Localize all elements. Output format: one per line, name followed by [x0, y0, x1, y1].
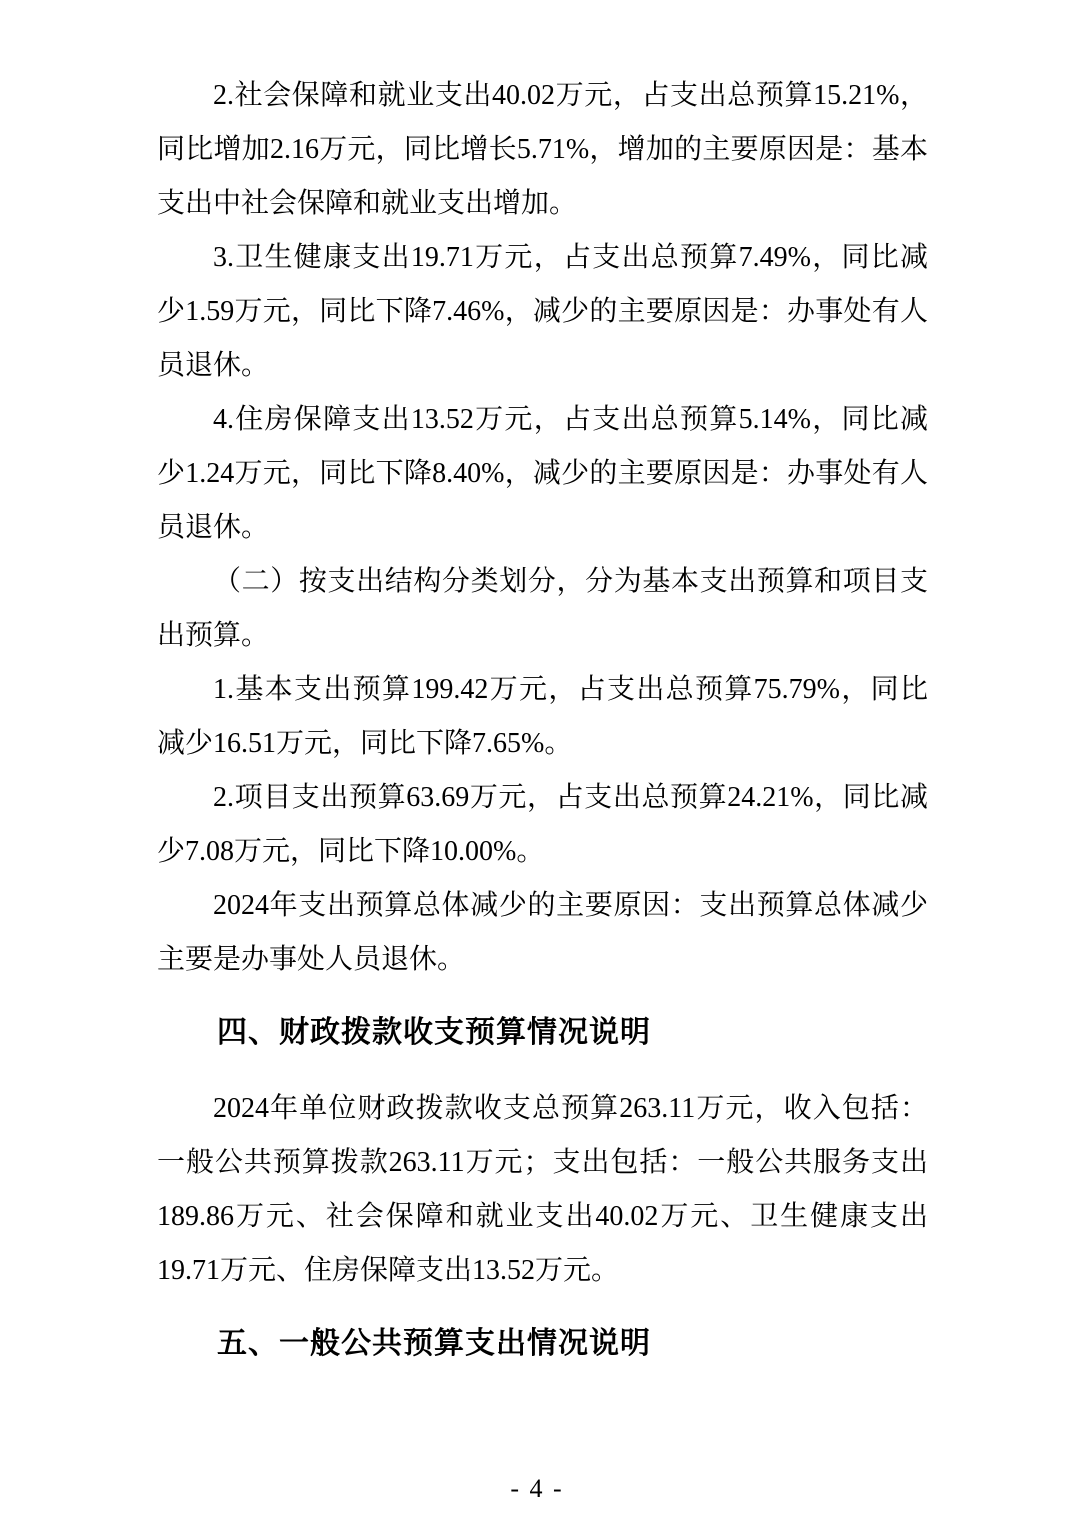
paragraph-overall-decrease-reason: 2024年支出预算总体减少的主要原因：支出预算总体减少主要是办事处人员退休。	[157, 879, 928, 987]
page-number: - 4 -	[510, 1474, 563, 1503]
document-body: 2.社会保障和就业支出40.02万元，占支出总预算15.21%，同比增加2.16…	[0, 0, 1074, 1364]
paragraph-basic-expenditure-budget: 1.基本支出预算199.42万元，占支出总预算75.79%，同比减少16.51万…	[157, 663, 928, 771]
heading-section-four-fiscal-appropriation: 四、财政拨款收支预算情况说明	[157, 1013, 928, 1053]
paragraph-health-expenditure: 3.卫生健康支出19.71万元，占支出总预算7.49%，同比减少1.59万元，同…	[157, 231, 928, 393]
page-footer: - 4 -	[0, 1474, 1074, 1504]
document-page: 2.社会保障和就业支出40.02万元，占支出总预算15.21%，同比增加2.16…	[0, 0, 1074, 1520]
paragraph-social-security-expenditure: 2.社会保障和就业支出40.02万元，占支出总预算15.21%，同比增加2.16…	[157, 69, 928, 231]
paragraph-project-expenditure-budget: 2.项目支出预算63.69万元，占支出总预算24.21%，同比减少7.08万元，…	[157, 771, 928, 879]
paragraph-expenditure-structure-classification: （二）按支出结构分类划分，分为基本支出预算和项目支出预算。	[157, 555, 928, 663]
heading-section-five-general-public-budget: 五、一般公共预算支出情况说明	[157, 1324, 928, 1364]
paragraph-fiscal-appropriation-summary: 2024年单位财政拨款收支总预算263.11万元，收入包括：一般公共预算拨款26…	[157, 1082, 928, 1298]
paragraph-housing-expenditure: 4.住房保障支出13.52万元，占支出总预算5.14%，同比减少1.24万元，同…	[157, 393, 928, 555]
